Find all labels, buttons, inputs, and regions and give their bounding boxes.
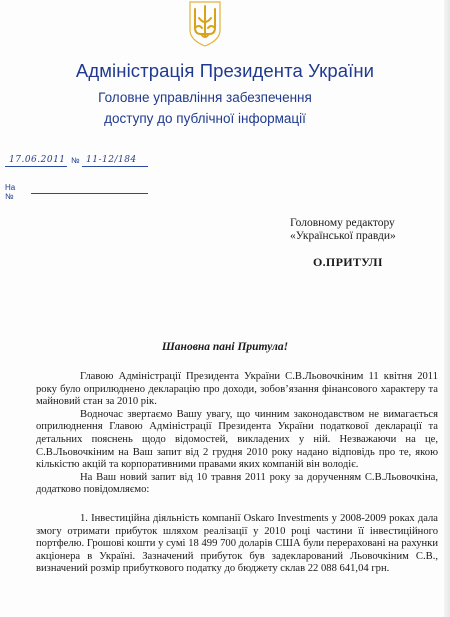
body-paragraph-1: Главою Адміністрації Президента України … bbox=[36, 371, 438, 409]
addressee-block: Головному редактору «Української правди» bbox=[290, 217, 396, 243]
letter-page: Адміністрація Президента України Головне… bbox=[0, 0, 450, 617]
letter-body: Главою Адміністрації Президента України … bbox=[36, 371, 438, 576]
incoming-number-label: На № bbox=[5, 183, 15, 201]
date-field: 17.06.2011 bbox=[5, 152, 67, 167]
incoming-number-field bbox=[31, 180, 148, 194]
scan-edge-shadow bbox=[444, 0, 450, 617]
addressee-name: О.ПРИТУЛІ bbox=[313, 255, 383, 270]
addressee-position: Головному редактору bbox=[290, 217, 396, 230]
body-paragraph-3: На Ваш новий запит від 10 травня 2011 ро… bbox=[36, 472, 438, 497]
body-paragraph-4: 1. Інвестиційна діяльність компанії Oska… bbox=[36, 513, 438, 576]
body-paragraph-2: Водночас звертаємо Вашу увагу, що чинним… bbox=[36, 409, 438, 472]
salutation: Шановна пані Притула! bbox=[0, 341, 450, 353]
handwritten-number: 11-12/184 bbox=[86, 155, 137, 165]
addressee-publication: «Української правди» bbox=[290, 230, 396, 243]
tryzub-coat-of-arms-icon bbox=[187, 0, 223, 48]
number-field: 11-12/184 bbox=[82, 152, 148, 167]
organization-title: Адміністрація Президента України bbox=[0, 60, 450, 82]
number-label: № bbox=[71, 156, 80, 165]
handwritten-date: 17.06.2011 bbox=[9, 155, 66, 165]
department-line-2: доступу до публічної інформації bbox=[0, 111, 410, 126]
department-line-1: Головне управління забезпечення bbox=[0, 90, 410, 105]
